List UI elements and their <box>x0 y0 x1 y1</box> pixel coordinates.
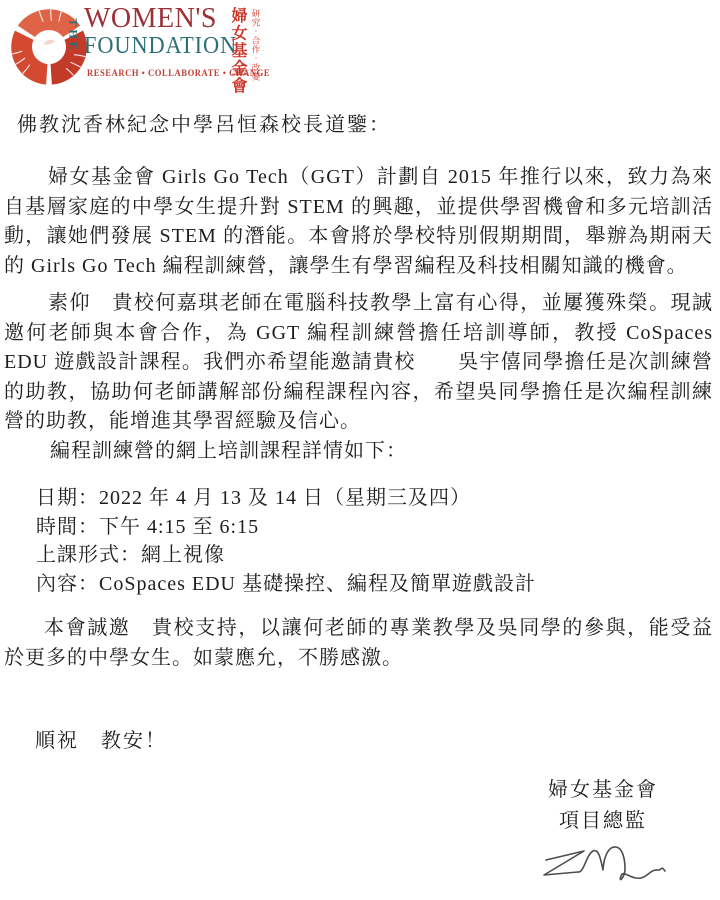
signoff-title: 項目總監 <box>548 806 658 837</box>
detail-line-format: 上課形式：網上視像 <box>36 541 536 570</box>
logo-womens-text: WOMEN'S <box>84 4 217 34</box>
logo-chinese-tagline: 研究‧合作‧改變 <box>250 9 262 81</box>
signature-image <box>534 842 676 890</box>
paragraph-invitation: 素仰 貴校何嘉琪老師在電腦科技教學上富有心得，並屢獲殊榮。現誠邀何老師與本會合作… <box>4 289 713 437</box>
closing-wish: 順祝 教安！ <box>35 727 167 757</box>
logo-the-text: THE <box>66 13 81 59</box>
signoff-organization: 婦女基金會 <box>548 775 658 806</box>
paragraph-request: 本會誠邀 貴校支持，以讓何老師的專業教學及吳同學的參與，能受益於更多的中學女生。… <box>4 614 713 673</box>
logo-chinese-name: 婦女基金會 <box>226 7 249 95</box>
logo-foundation-text: FOUNDATION <box>84 33 237 59</box>
letter-page: THE WOMEN'S FOUNDATION RESEARCH • COLLAB… <box>0 0 720 900</box>
signoff-block: 婦女基金會 項目總監 <box>548 775 658 837</box>
course-details-intro: 編程訓練營的網上培訓課程詳情如下： <box>50 437 407 467</box>
detail-line-time: 時間：下午 4:15 至 6:15 <box>36 513 536 542</box>
twf-logo: THE WOMEN'S FOUNDATION RESEARCH • COLLAB… <box>0 0 300 96</box>
salutation: 佛教沈香林紀念中學呂恒森校長道鑒： <box>17 111 391 141</box>
paragraph-program-intro: 婦女基金會 Girls Go Tech（GGT）計劃自 2015 年推行以來，致… <box>4 163 713 281</box>
course-details-list: 日期：2022 年 4 月 13 及 14 日（星期三及四） 時間：下午 4:1… <box>36 484 536 598</box>
detail-line-content: 內容：CoSpaces EDU 基礎操控、編程及簡單遊戲設計 <box>36 570 536 599</box>
detail-line-date: 日期：2022 年 4 月 13 及 14 日（星期三及四） <box>36 484 536 513</box>
